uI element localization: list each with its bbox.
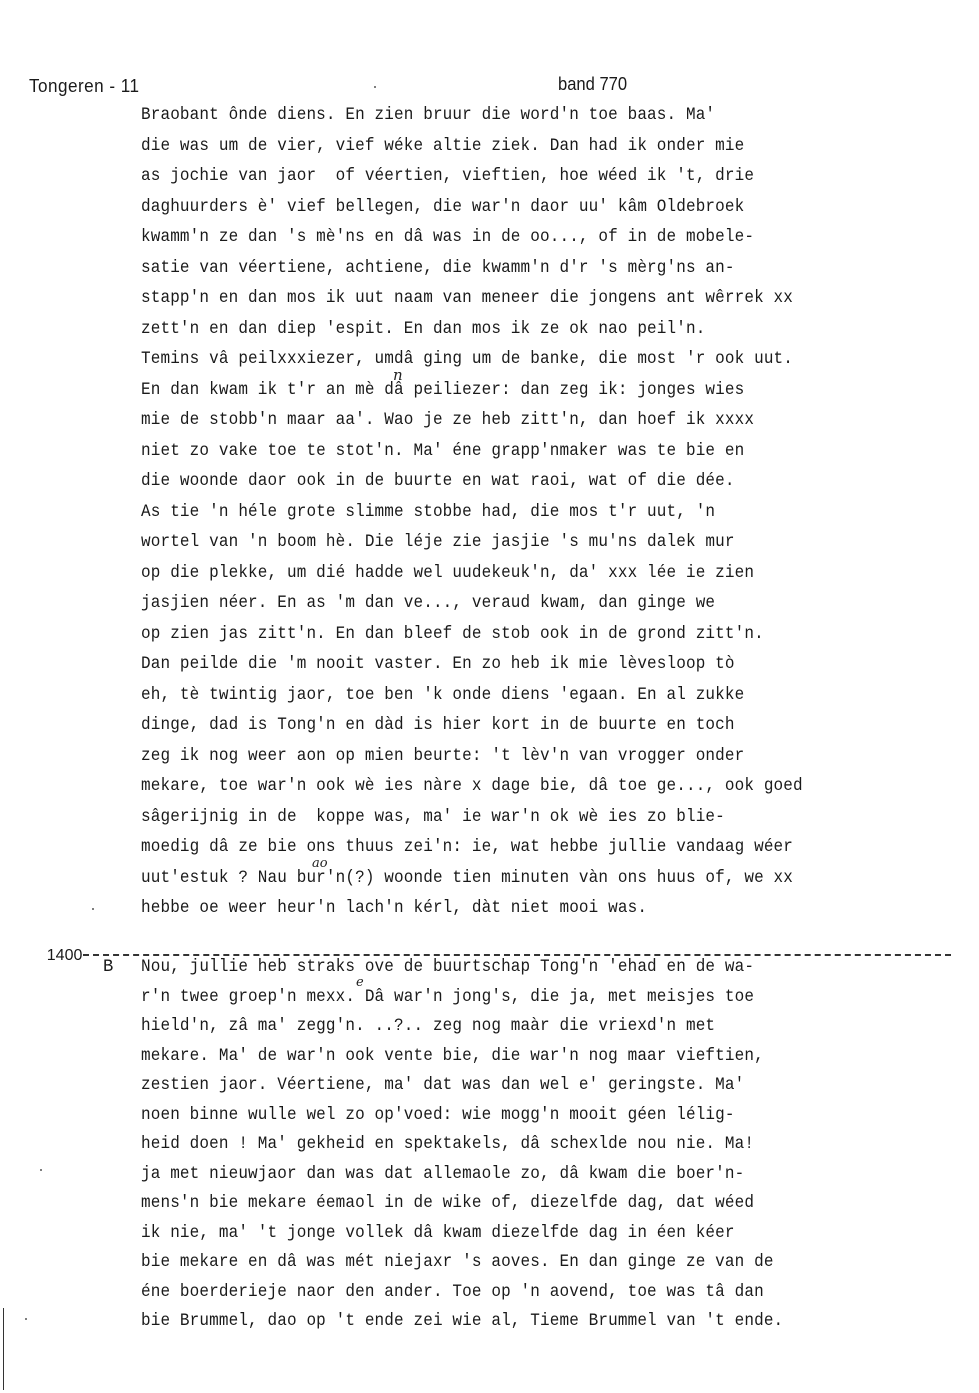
text-line: Dan peilde die 'm nooit vaster. En zo he… (141, 655, 735, 675)
paper-speck (25, 1318, 27, 1320)
page-header-tape: band 770 (558, 74, 627, 95)
text-line: ik nie, ma' 't jonge vollek dâ kwam diez… (141, 1224, 735, 1244)
text-line: daghuurders è' vief bellegen, die war'n … (141, 198, 744, 218)
text-line: op die plekke, um dié hadde wel uudekeuk… (141, 564, 754, 584)
text-line: En dan kwam ik t'r an mè dâ peiliezer: d… (141, 381, 744, 401)
paper-speck (40, 1169, 42, 1171)
handwritten-correction: ao (312, 856, 328, 871)
handwritten-correction: n (393, 366, 403, 384)
text-line: bie mekare en dâ was mét niejaxr 's aove… (141, 1253, 774, 1273)
text-line: r'n twee groep'n mexx. Dâ war'n jong's, … (141, 988, 754, 1008)
margin-line (3, 1308, 4, 1390)
speaker-label: B (103, 958, 113, 978)
text-line: dinge, dad is Tong'n en dàd is hier kort… (141, 716, 735, 736)
text-line: jasjien néer. En as 'm dan ve..., veraud… (141, 594, 715, 614)
text-line: ja met nieuwjaor dan was dat allemaole z… (141, 1165, 744, 1185)
text-line: Nou, jullie heb straks ove de buurtschap… (141, 958, 754, 978)
text-line: zeg ik nog weer aon op mien beurte: 't l… (141, 747, 744, 767)
text-line: satie van véertiene, achtiene, die kwamm… (141, 259, 735, 279)
text-line: stapp'n en dan mos ik uut naam van menee… (141, 289, 793, 309)
text-line: mekare, toe war'n ook wè ies nàre x dage… (141, 777, 803, 797)
page-header-location: Tongeren - 11 (29, 76, 139, 97)
text-line: niet zo vake toe te stot'n. Ma' éne grap… (141, 442, 744, 462)
text-line: hebbe oe weer heur'n lach'n kérl, dàt ni… (141, 899, 647, 919)
text-line: eh, tè twintig jaor, toe ben 'k onde die… (141, 686, 744, 706)
text-line: As tie 'n héle grote slimme stobbe had, … (141, 503, 715, 523)
text-line: hield'n, zâ ma' zegg'n. ..?.. zeg nog ma… (141, 1017, 715, 1037)
text-line: sâgerijnig in de koppe was, ma' ie war'n… (141, 808, 725, 828)
text-line: heid doen ! Ma' gekheid en spektakels, d… (141, 1135, 754, 1155)
text-line: wortel van 'n boom hè. Die léje zie jasj… (141, 533, 735, 553)
text-line: uut'estuk ? Nau bur'n(?) woonde tien min… (141, 869, 793, 889)
text-line: mie de stobb'n maar aa'. Wao je ze heb z… (141, 411, 754, 431)
text-line: Temins vâ peilxxxiezer, umdâ ging um de … (141, 350, 793, 370)
text-line: die woonde daor ook in de buurte en wat … (141, 472, 735, 492)
text-line: Braobant ônde diens. En zien bruur die w… (141, 106, 715, 126)
text-line: kwamm'n ze dan 's mè'ns en dâ was in de … (141, 228, 754, 248)
text-line: mens'n bie mekare éemaol in de wike of, … (141, 1194, 754, 1214)
text-line: zett'n en dan diep 'espit. En dan mos ik… (141, 320, 705, 340)
paper-speck (92, 908, 94, 910)
text-line: zestien jaor. Véertiene, ma' dat was dan… (141, 1076, 744, 1096)
text-line: moedig dâ ze bie ons thuus zei'n: ie, wa… (141, 838, 793, 858)
tape-counter: 1400 (47, 947, 83, 965)
paper-speck (374, 86, 376, 88)
text-line: éne boerderieje naor den ander. Toe op '… (141, 1283, 764, 1303)
text-line: bie Brummel, dao op 't ende zei wie al, … (141, 1312, 783, 1332)
text-line: die was um de vier, vief wéke altie ziek… (141, 137, 744, 157)
typescript-page: Tongeren - 11 band 770 Braobant ônde die… (0, 0, 979, 1393)
text-line: mekare. Ma' de war'n ook vente bie, die … (141, 1047, 764, 1067)
text-line: as jochie van jaor of véertien, vieftien… (141, 167, 754, 187)
text-line: op zien jas zitt'n. En dan bleef de stob… (141, 625, 764, 645)
text-line: noen binne wulle wel zo op'voed: wie mog… (141, 1106, 735, 1126)
